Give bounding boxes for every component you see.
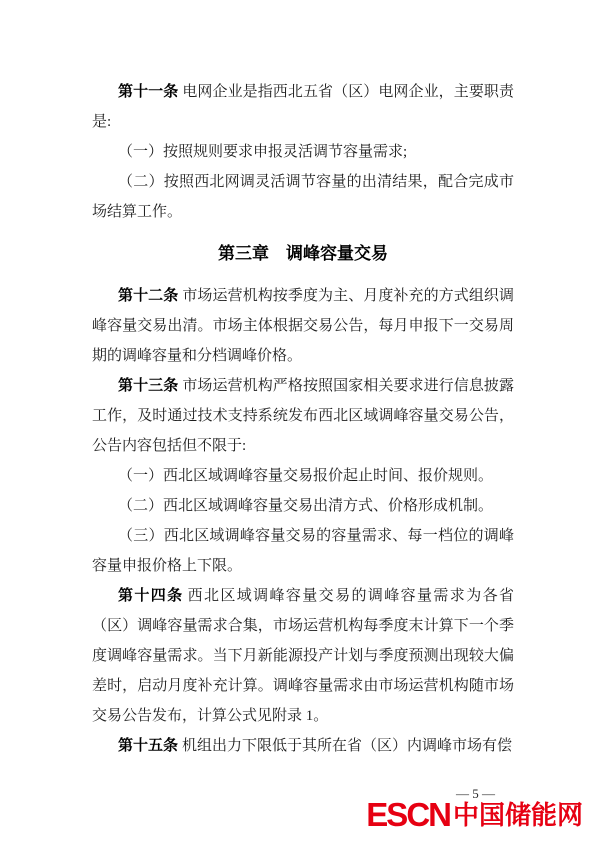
article-14-text: 西北区域调峰容量交易的调峰容量需求为各省（区）调峰容量需求合集，市场运营机构每季… — [92, 588, 514, 724]
article-15-paragraph: 第十五条机组出力下限低于其所在省（区）内调峰市场有偿 — [92, 731, 514, 761]
logo-latin-text: ESCN — [366, 798, 450, 831]
article-15-number: 第十五条 — [118, 737, 178, 754]
document-page: 第十一条电网企业是指西北五省（区）电网企业，主要职责是: （一）按照规则要求申报… — [0, 0, 600, 848]
notice-item-3: （三）西北区域调峰容量交易的容量需求、每一档位的调峰容量申报价格上下限。 — [92, 521, 514, 581]
article-13-paragraph: 第十三条市场运营机构严格按照国家相关要求进行信息披露工作，及时通过技术支持系统发… — [92, 371, 514, 461]
notice-item-2: （二）西北区域调峰容量交易出清方式、价格形成机制。 — [92, 491, 514, 521]
article-11-paragraph: 第十一条电网企业是指西北五省（区）电网企业，主要职责是: — [92, 77, 514, 137]
article-14-number: 第十四条 — [118, 587, 184, 604]
notice-item-1: （一）西北区域调峰容量交易报价起止时间、报价规则。 — [92, 461, 514, 491]
article-12-number: 第十二条 — [118, 287, 178, 304]
article-11-number: 第十一条 — [118, 83, 178, 100]
notice-item-2-text: （二）西北区域调峰容量交易出清方式、价格形成机制。 — [118, 498, 493, 514]
article-12-paragraph: 第十二条市场运营机构按季度为主、月度补充的方式组织调峰容量交易出清。市场主体根据… — [92, 281, 514, 371]
chapter-heading: 第三章 调峰容量交易 — [92, 239, 514, 269]
clause-item-2: （二）按照西北网调灵活调节容量的出清结果，配合完成市场结算工作。 — [92, 167, 514, 227]
logo-cjk-text: 中国储能网 — [453, 800, 583, 830]
clause-item-2-text: （二）按照西北网调灵活调节容量的出清结果，配合完成市场结算工作。 — [92, 174, 514, 220]
clause-item-1: （一）按照规则要求申报灵活调节容量需求; — [92, 137, 514, 167]
document-body: 第十一条电网企业是指西北五省（区）电网企业，主要职责是: （一）按照规则要求申报… — [0, 0, 514, 761]
article-13-number: 第十三条 — [118, 377, 178, 394]
article-14-paragraph: 第十四条西北区域调峰容量交易的调峰容量需求为各省（区）调峰容量需求合集，市场运营… — [92, 581, 514, 731]
notice-item-1-text: （一）西北区域调峰容量交易报价起止时间、报价规则。 — [118, 468, 493, 484]
notice-item-3-text: （三）西北区域调峰容量交易的容量需求、每一档位的调峰容量申报价格上下限。 — [92, 528, 514, 574]
escn-watermark-logo: ESCN中国储能网 — [366, 798, 583, 831]
clause-item-1-text: （一）按照规则要求申报灵活调节容量需求; — [118, 144, 407, 160]
article-15-text: 机组出力下限低于其所在省（区）内调峰市场有偿 — [182, 738, 512, 754]
